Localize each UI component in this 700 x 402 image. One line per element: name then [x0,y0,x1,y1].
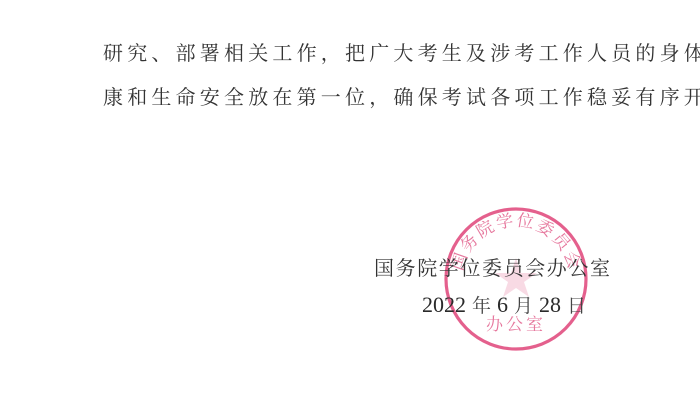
signature-date: 2022年6月28日 [422,292,592,319]
date-month-unit: 月 [514,295,533,317]
date-year: 2022 [422,292,466,317]
signature-org-name: 国务院学位委员会办公室 [374,256,612,280]
body-text-line-2: 康和生命安全放在第一位，确保考试各项工作稳妥有序开展。 [103,85,700,109]
date-day-unit: 日 [567,295,586,317]
body-text-line-1: 研究、部署相关工作，把广大考生及涉考工作人员的身体健 [103,41,700,65]
date-year-unit: 年 [472,295,491,317]
date-day: 28 [539,292,561,317]
date-month: 6 [497,292,508,317]
document-page: 研究、部署相关工作，把广大考生及涉考工作人员的身体健 康和生命安全放在第一位，确… [0,0,700,402]
